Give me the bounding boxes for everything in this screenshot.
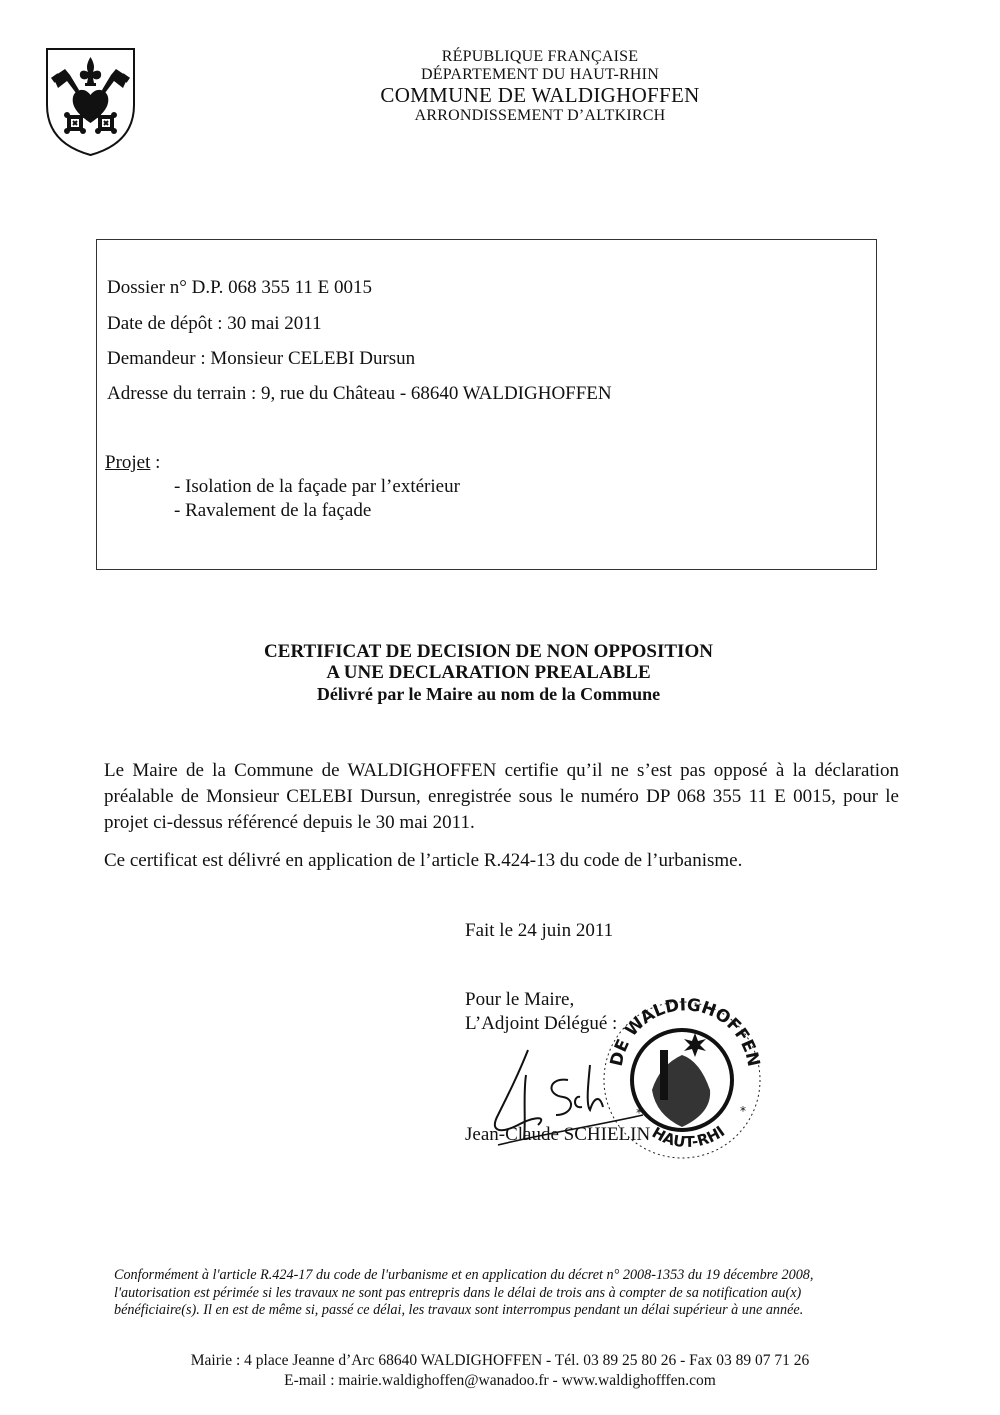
dossier-number: Dossier n° D.P. 068 355 11 E 0015 bbox=[107, 277, 372, 299]
land-address: Adresse du terrain : 9, rue du Château -… bbox=[107, 383, 612, 405]
signature-for-mayor: Pour le Maire, bbox=[465, 989, 574, 1011]
deposit-date: Date de dépôt : 30 mai 2011 bbox=[107, 313, 322, 335]
header-arrondissement: ARRONDISSEMENT D’ALTKIRCH bbox=[300, 107, 780, 125]
certification-paragraph: Le Maire de la Commune de WALDIGHOFFEN c… bbox=[104, 758, 899, 836]
svg-text:*: * bbox=[740, 1104, 746, 1118]
project-label-colon: : bbox=[150, 452, 160, 473]
signature-deputy-title: L’Adjoint Délégué : bbox=[465, 1013, 617, 1035]
footnote-line: l'autorisation est périmée si les travau… bbox=[114, 1285, 890, 1303]
legal-footnote: Conformément à l'article R.424-17 du cod… bbox=[114, 1267, 890, 1320]
footnote-line: bénéficiaire(s). Il en est de même si, p… bbox=[114, 1302, 890, 1320]
project-item: - Ravalement de la façade bbox=[174, 500, 371, 522]
footer-address: Mairie : 4 place Jeanne d’Arc 68640 WALD… bbox=[120, 1351, 880, 1371]
certificate-title: CERTIFICAT DE DECISION DE NON OPPOSITION… bbox=[200, 641, 777, 704]
legal-basis-paragraph: Ce certificat est délivré en application… bbox=[104, 848, 899, 874]
header-commune: COMMUNE DE WALDIGHOFFEN bbox=[300, 84, 780, 108]
handwritten-signature-icon bbox=[478, 1035, 648, 1155]
letterhead: RÉPUBLIQUE FRANÇAISE DÉPARTEMENT DU HAUT… bbox=[300, 48, 780, 125]
page-footer: Mairie : 4 place Jeanne d’Arc 68640 WALD… bbox=[120, 1351, 880, 1391]
header-republique: RÉPUBLIQUE FRANÇAISE bbox=[300, 48, 780, 66]
title-subtitle: Délivré par le Maire au nom de la Commun… bbox=[200, 684, 777, 704]
header-departement: DÉPARTEMENT DU HAUT-RHIN bbox=[300, 66, 780, 84]
footnote-line: Conformément à l'article R.424-17 du cod… bbox=[114, 1267, 890, 1285]
project-item: - Isolation de la façade par l’extérieur bbox=[174, 476, 460, 498]
title-line-1: CERTIFICAT DE DECISION DE NON OPPOSITION bbox=[200, 641, 777, 662]
project-label: Projet : bbox=[105, 452, 160, 474]
applicant: Demandeur : Monsieur CELEBI Dursun bbox=[107, 348, 415, 370]
title-line-2: A UNE DECLARATION PREALABLE bbox=[200, 662, 777, 683]
issue-date: Fait le 24 juin 2011 bbox=[465, 920, 613, 942]
footer-contact: E-mail : mairie.waldighoffen@wanadoo.fr … bbox=[120, 1371, 880, 1391]
project-label-text: Projet bbox=[105, 452, 150, 473]
coat-of-arms-icon bbox=[43, 45, 138, 157]
